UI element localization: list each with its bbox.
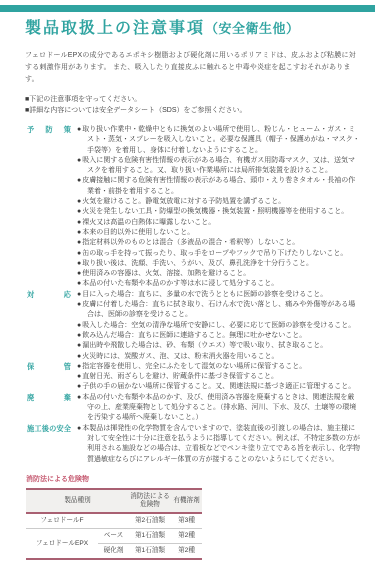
bullet-text: 本品の付いた布類や本品のかす等は水に浸して処分すること。 <box>82 280 278 287</box>
cell-component: 硬化剤 <box>98 543 129 559</box>
bullet-text: 直射日光、雨ざらしを避け、貯蔵条件に基づき保管すること。 <box>82 373 278 380</box>
bullet-text: 火災を発生しない工具・防爆型の換気機器・換気装置・照明機器等を使用すること。 <box>82 208 348 215</box>
cell-component: ベース <box>98 528 129 543</box>
section-response: 対応 ●目に入った場合：直ちに、多量の水で洗うとともに医師の診察を受けること。●… <box>25 290 361 362</box>
table-row: フェロドールEPX ベース 第1石油類 第2種 <box>26 528 202 543</box>
page-title-main: 製品取扱上の注意事項 <box>25 20 205 37</box>
top-accent-bar <box>0 5 375 12</box>
table-row: フェロドールF 第2石油類 第3種 <box>26 513 202 529</box>
notice-text: 詳細な内容については安全データシート（SDS）をご参照ください。 <box>29 107 246 114</box>
bullet-item: ●飲み込んだ場合：直ちに医師に連絡すること。無理に吐かせないこと。 <box>77 331 361 341</box>
bullet-list: ●本製品は揮発性の化学物質を含んでいますので、塗装直後の引渡しの場合は、施主様に… <box>77 424 361 465</box>
bullet-item: ●目に入った場合：直ちに、多量の水で洗うとともに医師の診察を受けること。 <box>77 290 361 300</box>
bullet-text: 吸入に関する危険有害性情報の表示がある場合、有機ガス用防毒マスク、又は、送気マス… <box>82 157 355 174</box>
bullet-item: ●本来の目的以外に使用しないこと。 <box>77 228 361 238</box>
hazard-table-title: 消防法による危険物 <box>26 474 361 484</box>
bullet-list: ●取り扱い作業中・乾燥中ともに換気のよい場所で使用し、粉じん・ヒューム・ガス・ミ… <box>77 125 361 290</box>
bullet-item: ●直射日光、雨ざらしを避け、貯蔵条件に基づき保管すること。 <box>77 372 361 382</box>
bullet-item: ●使用済みの容器は、火気、溶接、加熱を避けること。 <box>77 269 361 279</box>
header-product-type: 製品種別 <box>26 489 129 513</box>
section-label: 廃棄 <box>27 393 71 403</box>
bullet-item: ●取り扱い後は、洗顔、手洗い、うがい、及び、鼻孔洗浄を十分行うこと。 <box>77 259 361 269</box>
notice-item: ■下記の注意事項を守ってください。 <box>25 95 361 106</box>
intro-paragraph: フェロドールEPXの成分であるエポキシ樹脂および硬化剤に用いるポリアミドは、皮ふ… <box>25 50 357 86</box>
bullet-list: ●指定容器を使用し、完全にふたをして湿気のない場所に保管すること。●直射日光、雨… <box>77 362 361 393</box>
bullet-item: ●皮膚接触に関する危険有害性情報の表示がある場合、頭巾・えり巻きタオル・長袖の作… <box>77 176 361 197</box>
hazard-table-header-row: 製品種別 消防法による危険物 有機溶剤 <box>26 489 202 513</box>
bullet-text: 漏出時や飛散した場合は、砂、布類（ウエス）等で吸い取り、拭き取ること。 <box>82 342 327 349</box>
document-body: 製品取扱上の注意事項（安全衛生他） フェロドールEPXの成分であるエポキシ樹脂お… <box>0 18 375 560</box>
bullet-item: ●皮膚に付着した場合：直ちに拭き取り、石けん水で洗い落とし、痛みや外傷等がある場… <box>77 300 361 321</box>
bullet-text: 本製品は揮発性の化学物質を含んでいますので、塗装直後の引渡しの場合は、施主様に対… <box>82 425 360 463</box>
bullet-text: 取り扱い後は、洗顔、手洗い、うがい、及び、鼻孔洗浄を十分行うこと。 <box>82 260 313 267</box>
bullet-text: 目に入った場合：直ちに、多量の水で洗うとともに医師の診察を受けること。 <box>82 291 327 298</box>
bullet-text: 取り扱い作業中・乾燥中ともに換気のよい場所で使用し、粉じん・ヒューム・ガス・ミス… <box>82 126 360 154</box>
header-fire-law-class: 消防法による危険物 <box>129 489 171 513</box>
bullet-item: ●本品の付いた布類や本品のかす等は水に浸して処分すること。 <box>77 279 361 289</box>
bullet-text: 吸入した場合：空気の清浄な場所で安静にし、必要に応じて医師の診察を受けること。 <box>82 322 355 329</box>
bullet-text: 缶の取っ手を持って振ったり、取っ手をロープやフックで吊り下げたりしないこと。 <box>82 250 347 257</box>
bullet-list: ●目に入った場合：直ちに、多量の水で洗うとともに医師の診察を受けること。●皮膚に… <box>77 290 361 362</box>
bullet-item: ●指定材料以外のものとは混合（多液品の混合・希釈等）しないこと。 <box>77 238 361 248</box>
cell-fire-law-class: 第1石油類 <box>129 528 171 543</box>
section-post-construction-safety: 施工後の安全 ●本製品は揮発性の化学物質を含んでいますので、塗装直後の引渡しの場… <box>25 424 361 465</box>
page-title: 製品取扱上の注意事項（安全衛生他） <box>25 18 361 40</box>
bullet-item: ●吸入に関する危険有害性情報の表示がある場合、有機ガス用防毒マスク、又は、送気マ… <box>77 156 361 177</box>
bullet-text: 本来の目的以外に使用しないこと。 <box>82 229 194 236</box>
page-title-sub: （安全衛生他） <box>205 21 300 36</box>
bullet-item: ●缶の取っ手を持って振ったり、取っ手をロープやフックで吊り下げたりしないこと。 <box>77 249 361 259</box>
bullet-item: ●火災時には、炭酸ガス、泡、又は、粉末消火器を用いること。 <box>77 352 361 362</box>
hazard-table: 製品種別 消防法による危険物 有機溶剤 フェロドールF 第2石油類 第3種 フェ… <box>26 488 202 560</box>
bullet-text: 皮膚に付着した場合：直ちに拭き取り、石けん水で洗い落とし、痛みや外傷等がある場合… <box>82 301 355 318</box>
cell-component <box>98 513 129 529</box>
header-organic-solvent: 有機溶剤 <box>171 489 202 513</box>
bullet-item: ●裸火又は高温の白熱体に曝露しないこと。 <box>77 218 361 228</box>
bullet-text: 指定容器を使用し、完全にふたをして湿気のない場所に保管すること。 <box>82 363 306 370</box>
section-label: 予防策 <box>27 125 71 135</box>
bullet-item: ●火災を発生しない工具・防爆型の換気機器・換気装置・照明機器等を使用すること。 <box>77 207 361 217</box>
section-storage: 保管 ●指定容器を使用し、完全にふたをして湿気のない場所に保管すること。●直射日… <box>25 362 361 393</box>
section-label: 対応 <box>27 290 71 300</box>
bullet-item: ●本品の付いた布類や本品のかす、及び、使用済み容器を廃棄するときは、関連法規を厳… <box>77 393 361 424</box>
cell-organic-solvent: 第3種 <box>171 513 202 529</box>
bullet-item: ●子供の手の届かない場所に保管すること。又、関連法規に基づき適正に管理すること。 <box>77 382 361 392</box>
cell-product: フェロドールEPX <box>26 528 98 559</box>
sections: 予防策 ●取り扱い作業中・乾燥中ともに換気のよい場所で使用し、粉じん・ヒューム・… <box>25 125 361 465</box>
bullet-text: 飲み込んだ場合：直ちに医師に連絡すること。無理に吐かせないこと。 <box>82 332 306 339</box>
bullet-text: 火気を避けること。静電気放電に対する予防処置を講ずること。 <box>82 198 285 205</box>
bullet-item: ●吸入した場合：空気の清浄な場所で安静にし、必要に応じて医師の診察を受けること。 <box>77 321 361 331</box>
fire-law-hazard-section: 消防法による危険物 製品種別 消防法による危険物 有機溶剤 フェロドールF 第2… <box>26 474 361 560</box>
cell-fire-law-class: 第2石油類 <box>129 513 171 529</box>
cell-fire-law-class: 第1石油類 <box>129 543 171 559</box>
notice-list: ■下記の注意事項を守ってください。■詳細な内容については安全データシート（SDS… <box>25 95 361 116</box>
notice-item: ■詳細な内容については安全データシート（SDS）をご参照ください。 <box>25 106 361 117</box>
cell-organic-solvent: 第2種 <box>171 528 202 543</box>
bullet-list: ●本品の付いた布類や本品のかす、及び、使用済み容器を廃棄するときは、関連法規を厳… <box>77 393 361 424</box>
cell-product: フェロドールF <box>26 513 98 529</box>
bullet-text: 指定材料以外のものとは混合（多液品の混合・希釈等）しないこと。 <box>82 239 299 246</box>
section-disposal: 廃棄 ●本品の付いた布類や本品のかす、及び、使用済み容器を廃棄するときは、関連法… <box>25 393 361 424</box>
bullet-item: ●漏出時や飛散した場合は、砂、布類（ウエス）等で吸い取り、拭き取ること。 <box>77 341 361 351</box>
bullet-item: ●火気を避けること。静電気放電に対する予防処置を講ずること。 <box>77 197 361 207</box>
notice-text: 下記の注意事項を守ってください。 <box>29 96 141 103</box>
bullet-text: 火災時には、炭酸ガス、泡、又は、粉末消火器を用いること。 <box>82 353 278 360</box>
bullet-text: 皮膚接触に関する危険有害性情報の表示がある場合、頭巾・えり巻きタオル・長袖の作業… <box>82 177 355 194</box>
bullet-item: ●指定容器を使用し、完全にふたをして湿気のない場所に保管すること。 <box>77 362 361 372</box>
bullet-text: 使用済みの容器は、火気、溶接、加熱を避けること。 <box>82 270 250 277</box>
bullet-item: ●取り扱い作業中・乾燥中ともに換気のよい場所で使用し、粉じん・ヒューム・ガス・ミ… <box>77 125 361 156</box>
bullet-text: 本品の付いた布類や本品のかす、及び、使用済み容器を廃棄するときは、関連法規を厳守… <box>82 394 356 422</box>
section-prevention: 予防策 ●取り扱い作業中・乾燥中ともに換気のよい場所で使用し、粉じん・ヒューム・… <box>25 125 361 290</box>
cell-organic-solvent: 第2種 <box>171 543 202 559</box>
bullet-item: ●本製品は揮発性の化学物質を含んでいますので、塗装直後の引渡しの場合は、施主様に… <box>77 424 361 465</box>
bullet-text: 裸火又は高温の白熱体に曝露しないこと。 <box>82 219 215 226</box>
section-label: 保管 <box>27 362 71 372</box>
bullet-text: 子供の手の届かない場所に保管すること。又、関連法規に基づき適正に管理すること。 <box>82 383 355 390</box>
section-label: 施工後の安全 <box>27 424 71 434</box>
